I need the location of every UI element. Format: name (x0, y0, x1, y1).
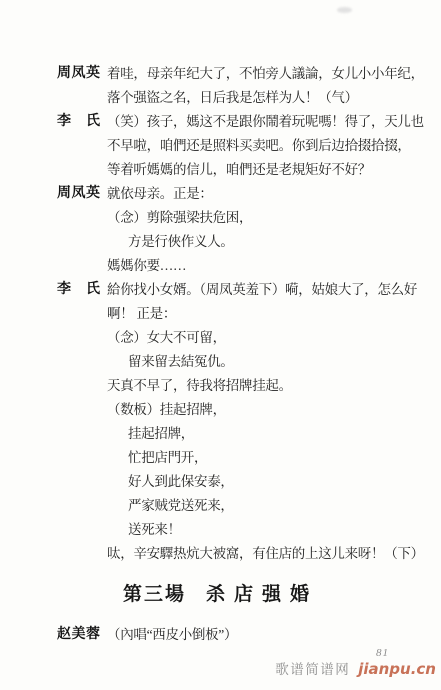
speaker-name: 李 氏 (57, 110, 107, 134)
verse-line: （数板）挂起招牌， (107, 398, 427, 422)
dialogue-line: 落个强盜之名，日后我是怎样为人！（气） (107, 86, 427, 110)
verse-line: （念）剪除强梁扶危困， (107, 206, 427, 230)
dialogue-block: 周凤英 就依母亲。正是： （念）剪除强梁扶危困， 方是行俠作义人。 媽媽你要…… (0, 182, 441, 278)
verse-line: 好人到此保安泰， (107, 470, 427, 494)
page-number: 81 (376, 647, 389, 659)
scanned-script-page: 周凤英 着哇，母亲年纪大了，不怕旁人議論，女儿小小年纪， 落个强盜之名，日后我是… (0, 0, 441, 690)
speaker-name: 周凤英 (57, 62, 107, 86)
verse-line: 留来留去結冤仇。 (107, 350, 427, 374)
dialogue-line: 天真不早了，待我将招牌挂起。 (107, 374, 427, 398)
verse-line: 忙把店門开， (107, 446, 427, 470)
dialogue-line: 着哇，母亲年纪大了，不怕旁人議論，女儿小小年纪， (107, 62, 427, 86)
dialogue-line: 啊！ 正是： (107, 302, 427, 326)
scene-title: 杀店强婚 (206, 584, 318, 605)
watermark: 81 歌谱简谱网 jianpu.cn (275, 658, 436, 679)
dialogue-block: 李 氏 給你找小女婿。（周凤英羞下）嗬，姑娘大了，怎么好 啊！ 正是： （念）女… (0, 278, 441, 566)
watermark-domain: jianpu.cn (358, 660, 436, 678)
dialogue-line: 媽媽你要…… (107, 254, 427, 278)
dialogue-line: 不早啦，咱們还是照料买卖吧。你到后边拾掇拾掇， (107, 134, 427, 158)
verse-line: 严家贼党送死来， (107, 494, 427, 518)
dialogue-line: 呔，辛安驛热炕大被窩，有住店的上这儿来呀！（下） (107, 542, 427, 566)
dialogue-block: 周凤英 着哇，母亲年纪大了，不怕旁人議論，女儿小小年纪， 落个强盜之名，日后我是… (0, 62, 441, 110)
watermark-site-name: 歌谱简谱网 (275, 662, 350, 677)
verse-line: 送死来！ (107, 518, 427, 542)
verse-line: （念）女大不可留， (107, 326, 427, 350)
script-body: 周凤英 着哇，母亲年纪大了，不怕旁人議論，女儿小小年纪， 落个强盜之名，日后我是… (0, 0, 441, 647)
dialogue-block: 赵美蓉 （內唱“西皮小倒板”） (0, 623, 441, 647)
scan-artifact (337, 7, 352, 13)
speaker-name: 李 氏 (57, 278, 107, 302)
dialogue-line: 給你找小女婿。（周凤英羞下）嗬，姑娘大了，怎么好 (107, 278, 427, 302)
scene-number: 第三場 (123, 584, 186, 605)
dialogue-line: （笑）孩子，媽这不是跟你鬧着玩呢嗎！得了，天儿也 (107, 110, 427, 134)
scene-heading: 第三場杀店强婚 (0, 581, 441, 609)
speaker-name: 周凤英 (57, 182, 107, 206)
dialogue-line: 就依母亲。正是： (107, 182, 427, 206)
dialogue-line: （內唱“西皮小倒板”） (107, 623, 427, 647)
dialogue-block: 李 氏 （笑）孩子，媽这不是跟你鬧着玩呢嗎！得了，天儿也 不早啦，咱們还是照料买… (0, 110, 441, 182)
dialogue-line: 等着听媽媽的信儿，咱們还是老規矩好不好？ (107, 158, 427, 182)
verse-line: 挂起招牌， (107, 422, 427, 446)
speaker-name: 赵美蓉 (57, 623, 107, 647)
verse-line: 方是行俠作义人。 (107, 230, 427, 254)
